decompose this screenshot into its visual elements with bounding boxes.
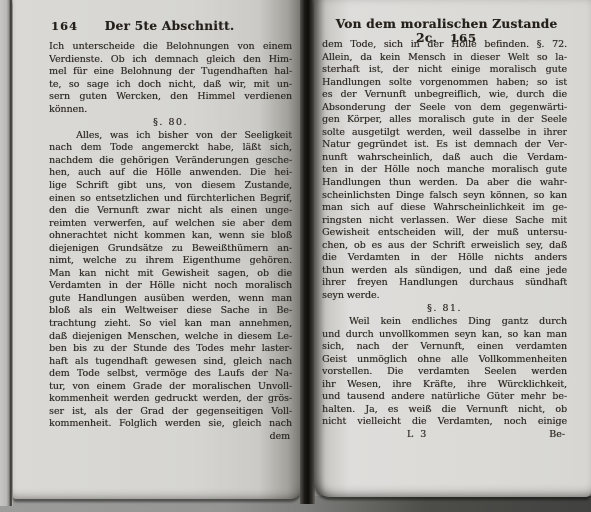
text-line: es der Vernunft unbegreiflich, wie, durc… <box>322 89 567 102</box>
text-line: ser ist, als der Grad der gegenseitigen … <box>49 406 292 419</box>
text-line: und durch unvollkommen seyn kan, so kan … <box>322 329 567 342</box>
text-line: seyn werde. <box>322 290 567 303</box>
text-line: reimten verwerfen, auf welchen sie aber … <box>49 218 292 231</box>
text-line: nunft wahrscheinlich, daß auch die Verda… <box>322 152 567 165</box>
text-line: nach dem Tode angemerckt habe, läßt sich… <box>49 142 292 155</box>
text-line: und tausend andere natürliche Güter mehr… <box>322 391 567 404</box>
catchword: dem <box>49 431 292 444</box>
text-line: Ich unterscheide die Belohnungen von ein… <box>49 41 292 54</box>
text-line: sern guten Wercken, den Himmel verdienen <box>49 91 292 104</box>
text-line: diejenigen Grundsätze zu Beweißthümern a… <box>49 243 292 256</box>
text-line: Alles, was ich bisher von der Seeligkeit <box>49 130 292 143</box>
text-line: hen, auch auf die Hölle anwenden. Die he… <box>49 167 292 180</box>
text-line: nachdem die gehörigen Veränderungen gesc… <box>49 155 292 168</box>
text-line: solte ausgetilgt werden, weil dasselbe i… <box>322 127 567 140</box>
text-line: haft als tugendhaft gewesen sind, gleich… <box>49 356 292 369</box>
text-line: vorstellen. Die verdamten Seelen werden <box>322 366 567 379</box>
text-line: te, so sage ich doch nicht, daß wir, mit… <box>49 79 292 92</box>
signature-row: L 3 Be- <box>322 429 567 442</box>
text-line: daß diejenigen Menschen, welche in diese… <box>49 331 292 344</box>
text-line: ihr Wesen, ihre Kräfte, ihre Würcklichke… <box>322 379 567 392</box>
text-line: Absonderung der Seele von dem gegenwärti… <box>322 102 567 115</box>
text-line: ihrer freyen Handlungen durchaus sündhaf… <box>322 277 567 290</box>
text-line: tur, von einem Grade der moralischen Unv… <box>49 381 292 394</box>
binding-gutter-shadow <box>300 0 315 504</box>
text-line: Gewisheit entscheiden will, der muß unte… <box>322 227 567 240</box>
right-running-header: Von dem moralischen Zustande 2c.165 <box>324 17 569 32</box>
book-scan: 164 Der 5te Abschnitt. Ich unterscheide … <box>0 0 591 512</box>
text-line: Allein, da kein Mensch in dieser Welt so… <box>322 52 567 65</box>
text-line: kommenheit. Folglich werden sie, gleich … <box>49 418 292 431</box>
text-line: kommenheit werden gedruckt werden, der g… <box>49 393 292 406</box>
text-line: bloß als ein Weltweiser diese Sache in B… <box>49 305 292 318</box>
text-line: Handlungen solte vorgenommen haben; so i… <box>322 77 567 90</box>
text-line: Natur gegründet ist. Es ist demnach der … <box>322 139 567 152</box>
text-line: Handlungen thun werden. Da aber die wahr… <box>322 177 567 190</box>
left-text-block: Ich unterscheide die Belohnungen von ein… <box>49 41 292 443</box>
text-line: chen, ob es aus der Schrift erweislich s… <box>322 240 567 253</box>
text-line: ten in der Hölle noch manche moralisch g… <box>322 164 567 177</box>
text-line: den die Vernunft zwar nicht als einen un… <box>49 205 292 218</box>
text-line: Verdamten in der Hölle nicht noch morali… <box>49 280 292 293</box>
text-line: sterhaft ist, der nicht einige moralisch… <box>322 64 567 77</box>
text-line: gen Körper, alles moralisch gute in der … <box>322 114 567 127</box>
catchword: Be- <box>549 429 567 442</box>
text-line: können. <box>49 104 292 117</box>
text-line: Verdienste. Ob ich demnach gleich den Hi… <box>49 54 292 67</box>
text-line: ben bis zu der Stunde des Todes mehr las… <box>49 343 292 356</box>
text-line: Man kan nicht mit Gewisheit sagen, ob di… <box>49 268 292 281</box>
section-heading: §. 81. <box>322 302 567 316</box>
text-line: die Verdamten in der Hölle nichts anders <box>322 252 567 265</box>
text-line: gute Handlungen ausüben werden, wenn man <box>49 293 292 306</box>
left-page-number: 164 <box>51 19 78 33</box>
left-fore-edge <box>0 0 13 506</box>
text-line: mel für eine Belohnung der Tugendhaften … <box>49 66 292 79</box>
text-line: ohnerachtet nicht kommen kan, wenn sie b… <box>49 230 292 243</box>
right-page-number: 165 <box>450 31 477 45</box>
page-left: 164 Der 5te Abschnitt. Ich unterscheide … <box>13 0 302 499</box>
text-line: nimt, welche zu ihrem Eigenthume gehören… <box>49 255 292 268</box>
text-line: Geist unmöglich ohne alle Vollkommenheit… <box>322 354 567 367</box>
right-text-block: dem Tode, sich in der Hölle befinden. §.… <box>322 39 567 441</box>
text-line: ringsten nicht verlassen. Wer diese Sach… <box>322 215 567 228</box>
text-line: Weil kein endliches Ding gantz durch <box>322 316 567 329</box>
text-line: halten. Ja, es weiß die Vernunft nicht, … <box>322 404 567 417</box>
page-right: Von dem moralischen Zustande 2c.165 dem … <box>314 0 591 497</box>
left-running-title: Der 5te Abschnitt. <box>105 19 235 33</box>
section-heading: §. 80. <box>49 116 292 130</box>
left-running-header: 164 Der 5te Abschnitt. <box>49 19 290 34</box>
text-line: thun werden als sündigen, und daß eine j… <box>322 265 567 278</box>
signature-mark: L 3 <box>322 429 513 442</box>
text-line: sich, nach der Vernunft, einen verdamten <box>322 341 567 354</box>
text-line: dem Tode selbst, vermöge des Laufs der N… <box>49 368 292 381</box>
text-line: scheinlichsten Dinge falsch seyn können,… <box>322 190 567 203</box>
text-line: lige Schrift gibt uns, von diesem Zustan… <box>49 180 292 193</box>
text-line: nicht vielleicht die Verdamten, noch ein… <box>322 416 567 429</box>
text-line: trachtung zieht. So viel kan man annehme… <box>49 318 292 331</box>
text-line: man sich auf diese Wahrscheinlichkeit im… <box>322 202 567 215</box>
text-line: einen so entsetzlichen und fürchterliche… <box>49 193 292 206</box>
